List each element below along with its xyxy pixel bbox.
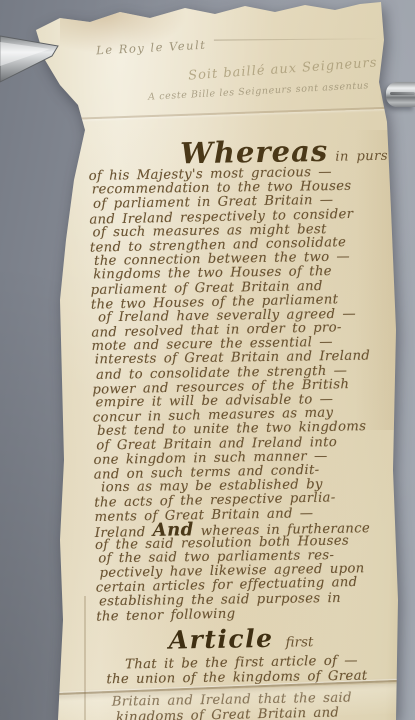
parchment-wrap: Le Roy le Veult Soit baillé aux Seigneur… [0, 0, 415, 720]
article-heading-word: Article [168, 624, 273, 655]
paragraph-whereas: of his Majesty's most gracious —recommen… [89, 165, 409, 525]
lords-assent-inscription: A ceste Bille les Seigneurs sont assentu… [148, 80, 369, 103]
opening-rest: in pursuance [335, 148, 415, 165]
paper-clip-left-icon [0, 28, 70, 92]
soit-baille-inscription: Soit baillé aux Seigneurs [188, 55, 378, 83]
article-first-heading: Articlefirst [168, 620, 411, 656]
paper-clip-right-icon [386, 82, 415, 107]
manuscript-line: the union of the kingdoms of Great [106, 668, 414, 687]
manuscript-body: Whereasin pursuance of his Majesty's mos… [88, 135, 412, 720]
paragraph-furtherance: of the said resolution both Housesof the… [95, 533, 410, 624]
fold-crease-top [52, 106, 415, 120]
opening-line: Whereasin pursuance [180, 135, 402, 169]
royal-assent-inscription: Le Roy le Veult [96, 29, 380, 58]
fold-crease-vertical [84, 596, 86, 720]
paragraph-article-first: That it be the first article of —the uni… [97, 652, 412, 720]
parchment-document: Le Roy le Veult Soit baillé aux Seigneur… [0, 0, 415, 720]
article-heading-number: first [285, 634, 313, 650]
photo-backdrop: Le Roy le Veult Soit baillé aux Seigneur… [0, 0, 415, 720]
